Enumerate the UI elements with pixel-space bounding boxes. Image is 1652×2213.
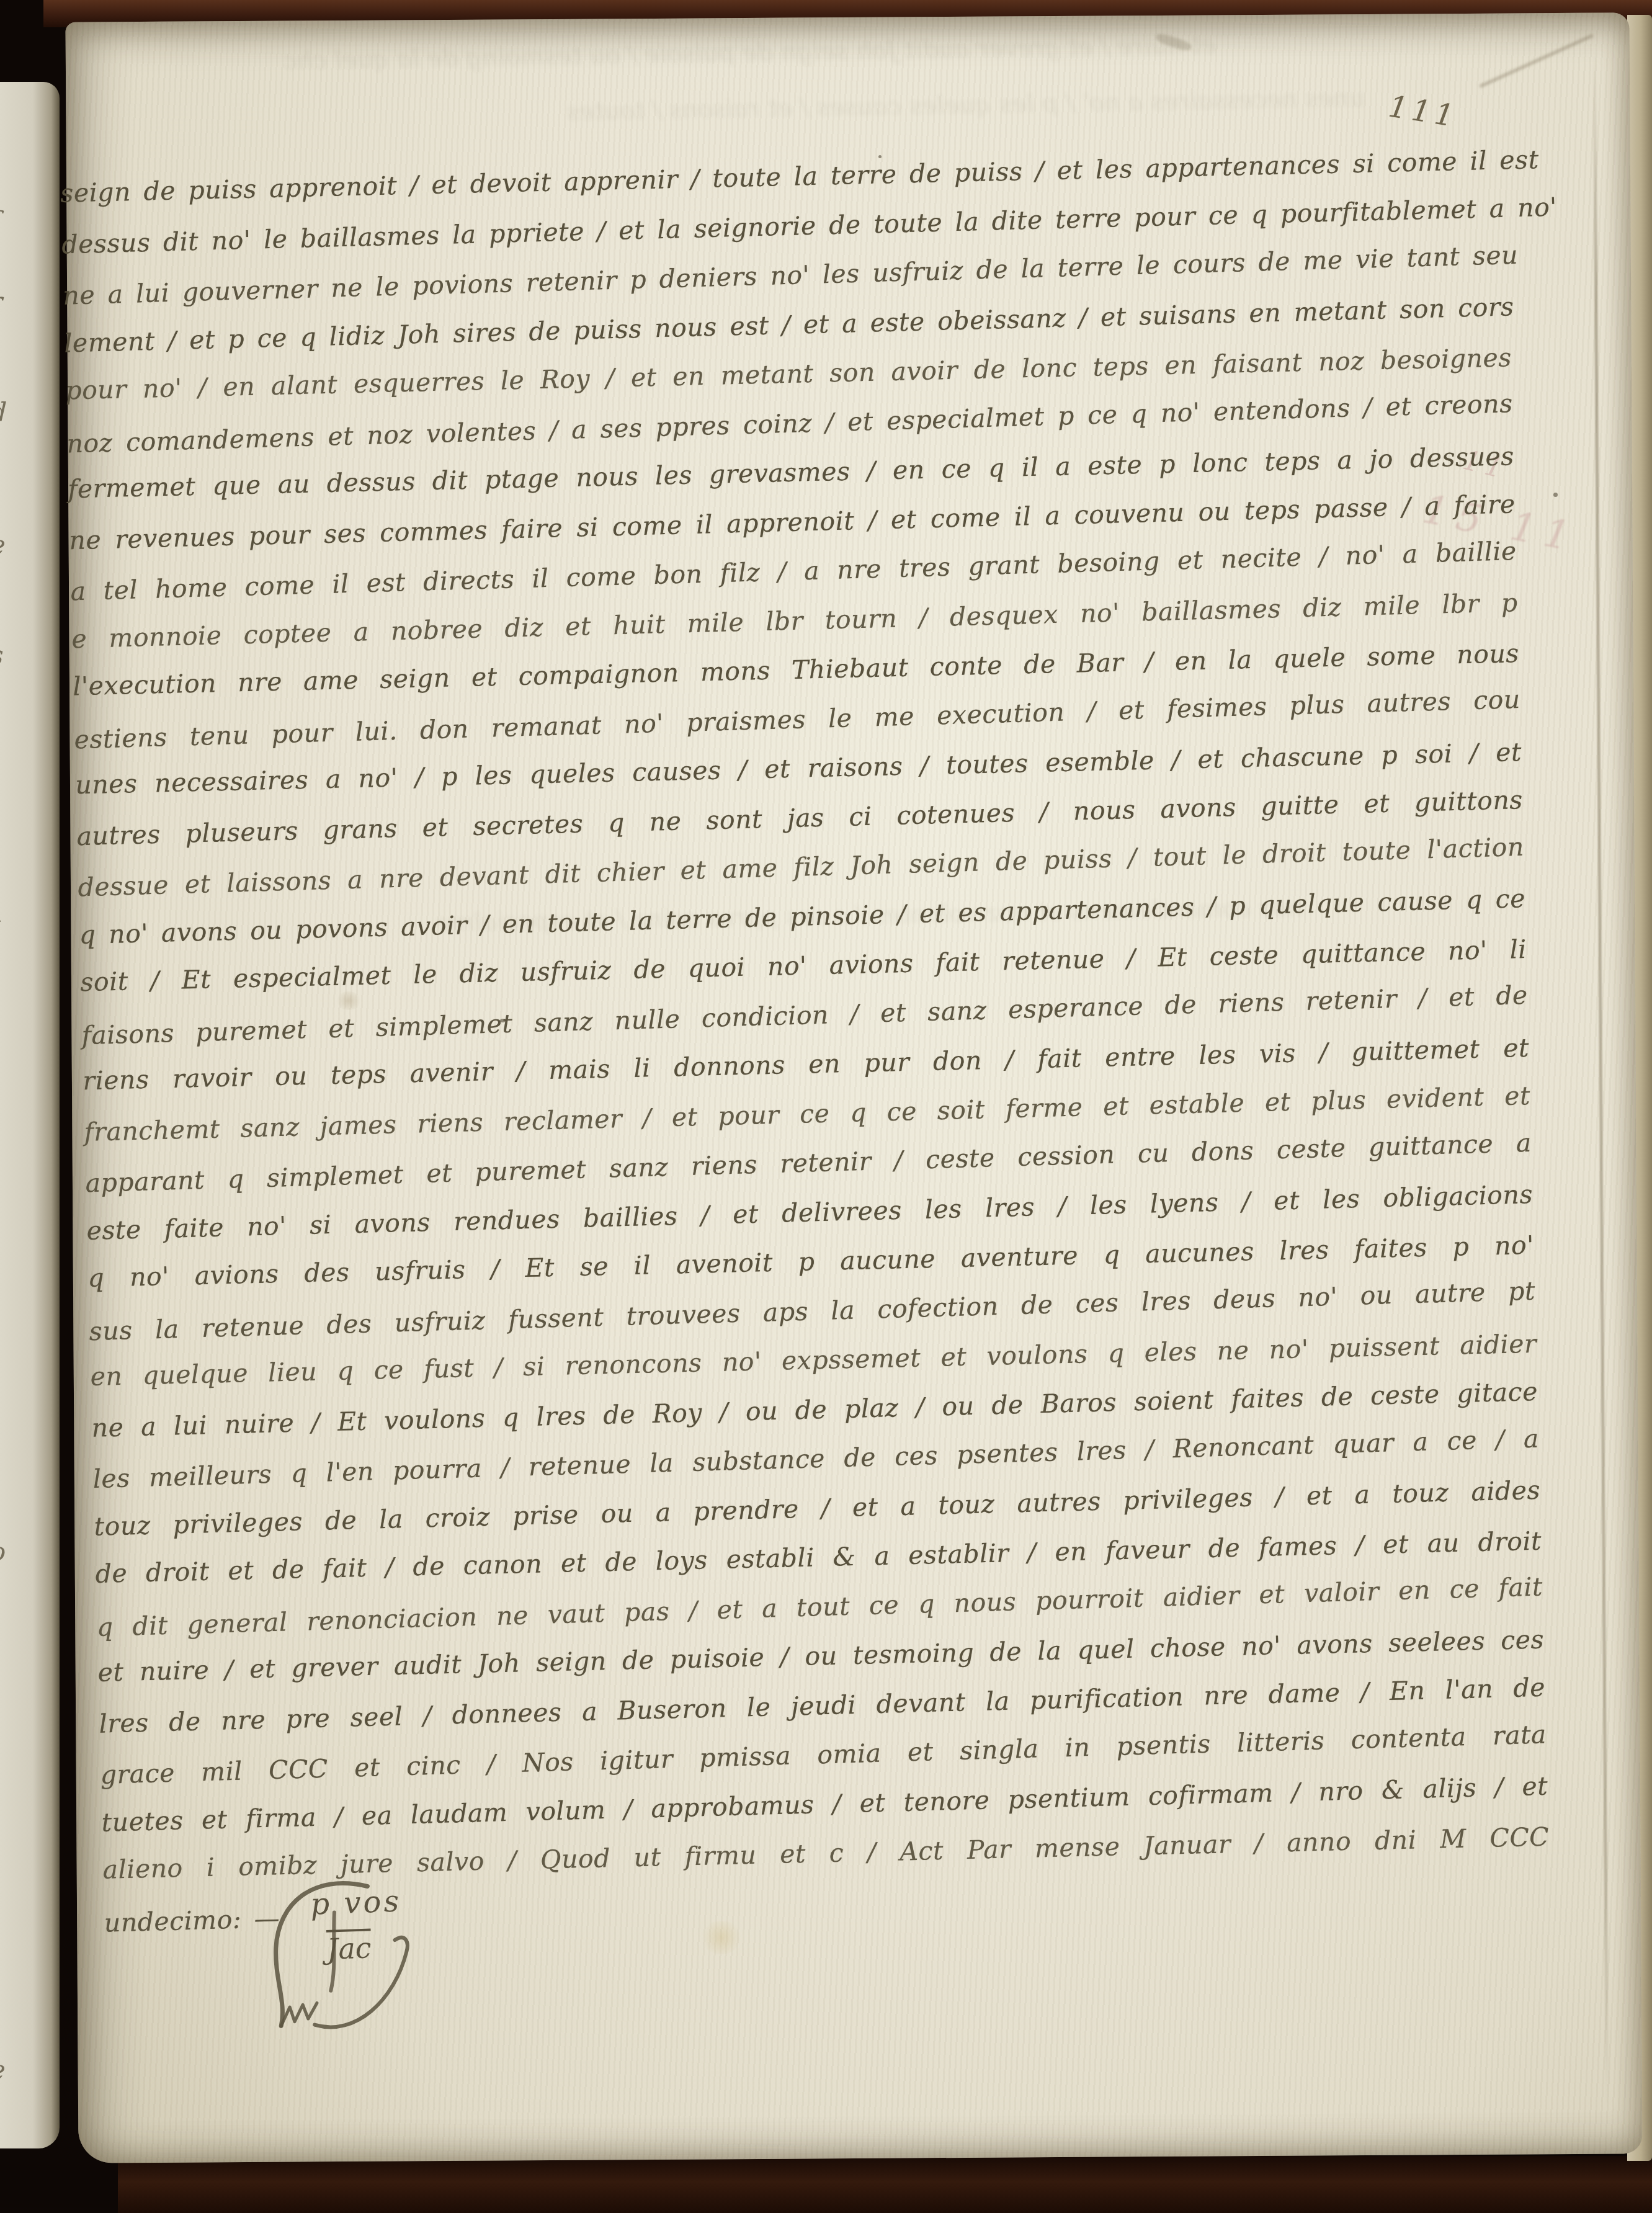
ink-speck [878, 155, 882, 158]
gutter-ink-fragment: ) [0, 776, 23, 808]
ink-speck [500, 1019, 506, 1022]
gutter-ink-fragment: o [0, 1536, 23, 1568]
gutter-ink-fragment: d [0, 396, 23, 428]
gutter-ink-fragment: s [0, 640, 23, 671]
page-corner-crease [1479, 34, 1593, 88]
gutter-ink-fragment: e [0, 2054, 23, 2086]
notarial-signature: p vos Jac [240, 1872, 445, 2065]
gutter-ink-fragment: ) [0, 248, 23, 279]
gutter-ink-fragment: e [0, 529, 23, 561]
page-crease [1593, 50, 1609, 2104]
facing-page-sliver: ſ ) r d e s ) t o e [0, 82, 60, 2148]
parchment-stain [700, 1921, 743, 1954]
manuscript-photo: ſ ) r d e s ) t o e et nuire / et grever… [0, 0, 1652, 2213]
gutter-ink-fragment: r [0, 286, 23, 318]
ink-speck [1553, 493, 1558, 497]
gutter-ink-fragment: t [0, 910, 23, 941]
text-block: seign de puiss apprenoit / et devoit app… [60, 134, 1551, 1946]
parchment-stain [335, 991, 362, 1010]
signature-jac: Jac [326, 1931, 372, 1965]
signature-per-vos: p vos [310, 1884, 402, 1922]
gutter-ink-fragment: ſ [0, 205, 23, 237]
binding-leather-bottom [118, 2156, 1652, 2213]
